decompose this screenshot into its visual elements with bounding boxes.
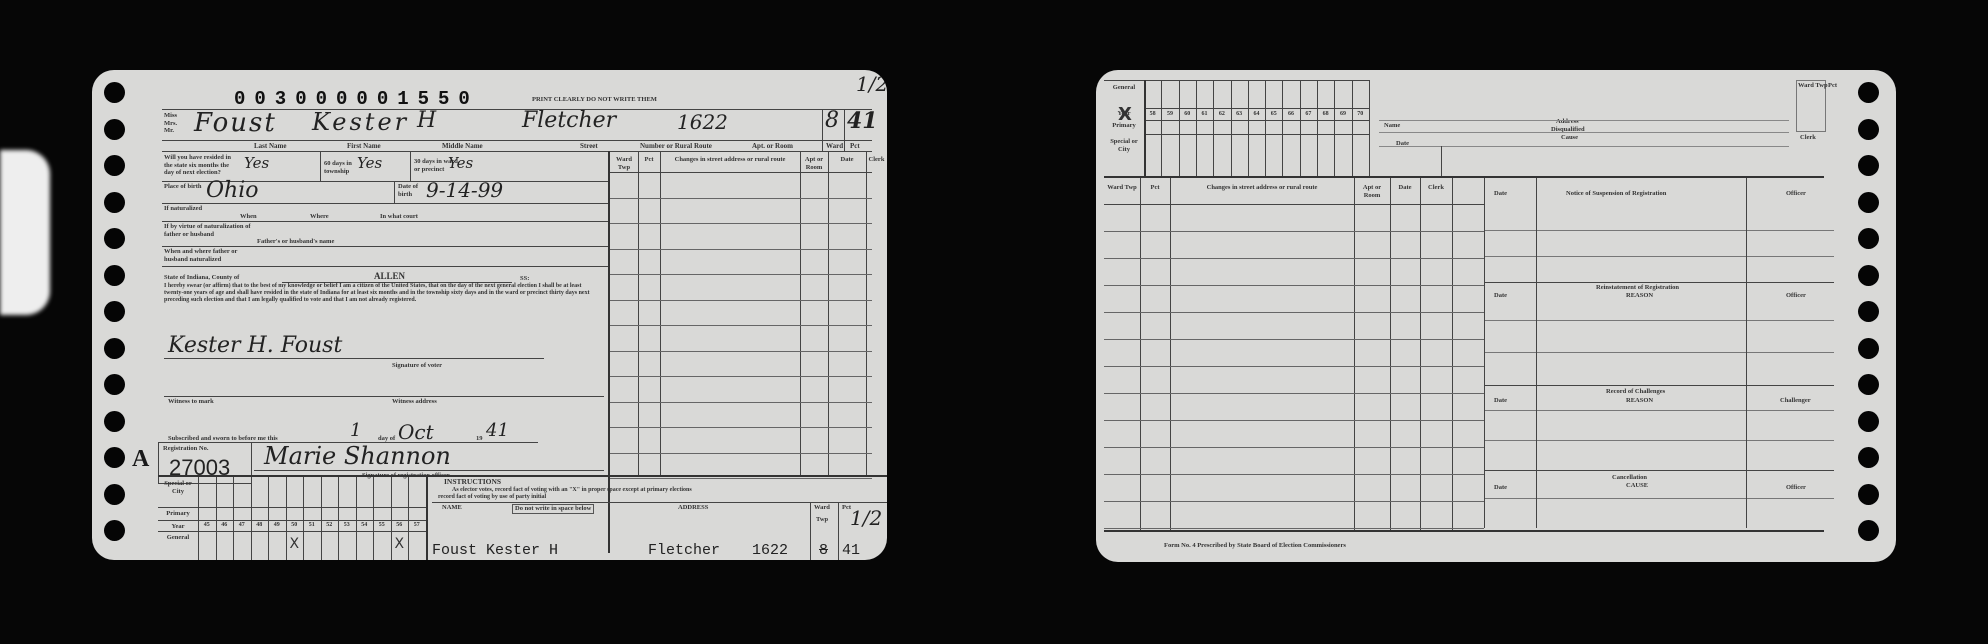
grid-column-line — [338, 477, 339, 560]
year-cell: 67 — [1300, 111, 1317, 117]
grid-column-line — [1334, 80, 1335, 176]
punch-hole — [104, 411, 125, 432]
year-cell: 56 — [391, 522, 409, 528]
punch-hole — [104, 520, 125, 541]
back-cause-label: Cause — [1561, 134, 1578, 142]
year-cell: 52 — [321, 522, 339, 528]
grid-row-label: Primary — [158, 510, 198, 518]
precinct-answer: Yes — [448, 154, 473, 172]
grid-row-label: Special or City — [1104, 138, 1144, 153]
grid-left-line — [1144, 80, 1146, 176]
year-cell: 51 — [303, 522, 321, 528]
grid-column-line — [321, 477, 322, 560]
grid-column-line — [1231, 80, 1232, 176]
table-row-line — [610, 402, 872, 403]
punch-hole — [1858, 447, 1879, 468]
grid-column-line — [1161, 80, 1162, 176]
table-row-line — [610, 223, 872, 224]
punch-hole — [1858, 82, 1879, 103]
punch-hole — [1858, 228, 1879, 249]
typed-ward: 8 — [819, 542, 828, 559]
registration-card-back: GeneralYearPrimarySpecial or City5859606… — [1096, 70, 1896, 562]
table-row-line — [610, 351, 872, 352]
punch-hole — [104, 265, 125, 286]
table-row-line — [1104, 501, 1484, 502]
middle-name: H — [417, 108, 436, 133]
table-row-line — [1104, 231, 1484, 232]
date-of-birth: 9-14-99 — [426, 178, 503, 202]
card-letter: A — [132, 446, 149, 473]
punch-hole — [104, 301, 125, 322]
witness-address-label: Witness address — [392, 398, 437, 406]
table-row-line — [610, 453, 872, 454]
father-name-label: Father's or husband's name — [257, 238, 334, 246]
grid-column-line — [373, 477, 374, 560]
ward-label: Ward — [826, 142, 843, 150]
grid-end-line — [1369, 80, 1370, 176]
back-clerk-label: Clerk — [1800, 134, 1816, 142]
punch-hole — [104, 228, 125, 249]
year-cell: 54 — [356, 522, 374, 528]
grid-row-label: Year — [158, 523, 198, 531]
table-row-line — [1104, 258, 1484, 259]
street-number: 1622 — [677, 110, 728, 134]
year-cell: 60 — [1179, 111, 1196, 117]
year-cell: 55 — [373, 522, 391, 528]
year-cell: 53 — [338, 522, 356, 528]
challenger-label: Challenger — [1780, 397, 1811, 405]
year-cell: 69 — [1334, 111, 1351, 117]
grid-column-line — [1352, 80, 1353, 176]
cancellation-officer-label: Officer — [1786, 484, 1806, 492]
state-residency-question: Will you have resided in the state six m… — [164, 154, 239, 177]
grid-column-line — [251, 477, 252, 560]
place-of-birth-label: Place of birth — [164, 183, 204, 191]
year-cell: 66 — [1282, 111, 1299, 117]
footer-twp-label: Twp — [816, 516, 828, 524]
reinstatement-date-label: Date — [1494, 292, 1507, 300]
naturalized-label: If naturalized — [164, 205, 212, 213]
year-cell: 49 — [268, 522, 286, 528]
grid-column-line — [1196, 80, 1197, 176]
grid-end-line — [426, 477, 428, 560]
instructions-title: INSTRUCTIONS — [444, 478, 501, 486]
first-name-label: First Name — [347, 142, 381, 150]
year-cell: 62 — [1213, 111, 1230, 117]
grid-top-line — [158, 475, 887, 477]
year-cell: 70 — [1352, 111, 1369, 117]
punch-hole — [104, 484, 125, 505]
column-header: Date — [1390, 184, 1420, 192]
table-row-line — [610, 376, 872, 377]
back-pct-label: Pct — [1828, 82, 1837, 90]
column-header: Pct — [1140, 184, 1170, 192]
column-header: Changes in street address or rural route — [1170, 184, 1354, 192]
township-answer: Yes — [357, 154, 382, 172]
punch-hole — [104, 155, 125, 176]
vote-mark-x: X — [395, 536, 405, 552]
ward-number: 8 — [825, 108, 839, 133]
table-row-line — [1104, 474, 1484, 475]
pct-label: Pct — [850, 142, 860, 150]
year-cell: 47 — [233, 522, 251, 528]
year-cell: 59 — [1161, 111, 1178, 117]
grid-column-line — [233, 477, 234, 560]
punch-hole — [1858, 374, 1879, 395]
footer-address-label: ADDRESS — [678, 504, 708, 512]
table-row-line — [610, 198, 872, 199]
grid-column-line — [1282, 80, 1283, 176]
column-header: Clerk — [1420, 184, 1452, 192]
registration-number: 27003 — [169, 455, 230, 481]
officer-signature: Marie Shannon — [264, 442, 451, 470]
where-label: Where — [310, 213, 329, 221]
card-tab-edge — [0, 150, 50, 315]
form-footer: Form No. 4 Prescribed by State Board of … — [1164, 542, 1346, 550]
first-name: Kester — [312, 108, 409, 136]
punch-hole — [104, 338, 125, 359]
header-divider — [1104, 204, 1484, 205]
pct-number: 41 — [847, 108, 878, 134]
voter-signature-label: Signature of voter — [392, 362, 442, 370]
grid-column-line — [1213, 80, 1214, 176]
punch-hole — [104, 447, 125, 468]
when-label: When — [240, 213, 257, 221]
column-header: Apt or Room — [800, 156, 828, 171]
grid-column-line — [303, 477, 304, 560]
year-cell: 45 — [198, 522, 216, 528]
year-mark-x: X — [1118, 104, 1132, 125]
year-cell: 65 — [1265, 111, 1282, 117]
typed-street: Fletcher — [648, 542, 720, 559]
column-header: Apt or Room — [1354, 184, 1390, 199]
grid-column-line — [1300, 80, 1301, 176]
sworn-year: 41 — [486, 420, 509, 441]
table-row-line — [1104, 528, 1484, 529]
grid-column-line — [356, 477, 357, 560]
instructions-text-2: record fact of voting by use of party in… — [438, 494, 546, 502]
table-row-line — [1104, 285, 1484, 286]
state-residency-answer: Yes — [244, 154, 269, 172]
street-name: Fletcher — [522, 108, 616, 133]
voter-signature: Kester H. Foust — [168, 333, 342, 358]
column-header: Date — [828, 156, 866, 164]
punch-hole — [1858, 484, 1879, 505]
column-header: Ward Twp — [1104, 184, 1140, 192]
grid-row-label: General — [158, 534, 198, 542]
year-cell: 50 — [286, 522, 304, 528]
punch-hole — [1858, 301, 1879, 322]
table-row-line — [1104, 420, 1484, 421]
grid-column-line — [1265, 80, 1266, 176]
footer-pct-note: 1/2 — [850, 506, 882, 530]
typed-name: Foust Kester H — [432, 542, 558, 559]
table-row-line — [1104, 312, 1484, 313]
footer-no-write: Do not write in space below — [512, 504, 594, 514]
place-of-birth: Ohio — [206, 178, 259, 203]
punch-hole — [1858, 192, 1879, 213]
table-row-line — [610, 478, 872, 479]
registration-card-front: 003000001550 PRINT CLEARLY DO NOT WRITE … — [92, 70, 887, 560]
punch-hole — [104, 374, 125, 395]
punch-hole — [1858, 338, 1879, 359]
reinstatement-officer-label: Officer — [1786, 292, 1806, 300]
punch-hole — [104, 119, 125, 140]
grid-column-line — [408, 477, 409, 560]
table-row-line — [1104, 393, 1484, 394]
header-divider — [610, 172, 872, 173]
punch-hole — [1858, 265, 1879, 286]
challenges-date-label: Date — [1494, 397, 1507, 405]
oath-text: I hereby swear (or affirm) that to the b… — [164, 283, 602, 304]
county-name: ALLEN — [374, 272, 405, 280]
suspension-date-label: Date — [1494, 190, 1507, 198]
cancellation-date-label: Date — [1494, 484, 1507, 492]
last-name: Foust — [194, 108, 277, 138]
grid-column-line — [268, 477, 269, 560]
last-name-label: Last Name — [254, 142, 286, 150]
street-label: Street — [580, 142, 598, 150]
back-name-label: Name — [1384, 122, 1400, 130]
year-cell: 48 — [251, 522, 269, 528]
sworn-day: 1 — [350, 420, 361, 441]
cancellation-title: Cancellation — [1612, 474, 1647, 482]
punch-hole — [104, 192, 125, 213]
header-notice: PRINT CLEARLY DO NOT WRITE THEM — [532, 96, 657, 104]
date-of-birth-label: Date of birth — [398, 183, 426, 198]
by-virtue-label: If by virtue of naturalization of father… — [164, 223, 254, 238]
year-cell: 57 — [408, 522, 426, 528]
column-header: Clerk — [866, 156, 887, 164]
back-ward-label: Ward Twp — [1798, 82, 1828, 90]
footer-ward-label: Ward — [814, 504, 830, 512]
table-row-line — [610, 274, 872, 275]
title-prefixes: MissMrs.Mr. — [164, 112, 177, 135]
apt-label: Apt. or Room — [752, 142, 793, 150]
year-cell: 58 — [1144, 111, 1161, 117]
registration-number-box: Registration No. 27003 — [158, 442, 252, 484]
grid-column-line — [286, 477, 287, 560]
cancellation-cause-label: CAUSE — [1626, 482, 1648, 490]
year-cell: 46 — [216, 522, 234, 528]
punch-hole — [1858, 155, 1879, 176]
number-label: Number or Rural Route — [640, 142, 712, 150]
typed-pct: 41 — [842, 542, 860, 559]
punch-hole — [104, 82, 125, 103]
punch-hole — [1858, 411, 1879, 432]
court-label: In what court — [380, 213, 418, 221]
punch-hole — [1858, 119, 1879, 140]
typed-number: 1622 — [752, 542, 788, 559]
witness-label: Witness to mark — [168, 398, 214, 406]
table-row-line — [1104, 447, 1484, 448]
year-cell: 64 — [1248, 111, 1265, 117]
grid-column-line — [198, 477, 199, 560]
table-row-line — [610, 325, 872, 326]
suspension-title: Notice of Suspension of Registration — [1566, 190, 1666, 198]
challenges-title: Record of Challenges — [1606, 388, 1665, 396]
year-cell: 61 — [1196, 111, 1213, 117]
column-header: Changes in street address or rural route — [660, 156, 800, 164]
grid-row-label: Special or City — [158, 480, 198, 495]
table-row-line — [1104, 366, 1484, 367]
ss-label: SS: — [520, 275, 529, 283]
serial-number: 003000001550 — [234, 88, 479, 110]
punch-hole — [1858, 520, 1879, 541]
table-row-line — [1104, 339, 1484, 340]
when-where-label: When and where father or husband natural… — [164, 248, 254, 263]
table-row-line — [610, 249, 872, 250]
vote-mark-x: X — [290, 536, 300, 552]
column-header: Ward Twp — [610, 156, 638, 171]
corner-note: 1/2 — [856, 72, 887, 96]
grid-row-label: General — [1104, 84, 1144, 92]
year-cell: 63 — [1231, 111, 1248, 117]
grid-column-line — [1248, 80, 1249, 176]
table-row-line — [610, 427, 872, 428]
challenges-reason-label: REASON — [1626, 397, 1653, 405]
grid-column-line — [216, 477, 217, 560]
middle-name-label: Middle Name — [442, 142, 483, 150]
oath-state-county: State of Indiana, County of — [164, 274, 239, 282]
registration-label: Registration No. — [163, 445, 209, 453]
sworn-month: Oct — [398, 420, 434, 444]
grid-column-line — [391, 477, 392, 560]
table-row-line — [610, 300, 872, 301]
footer-name-label: NAME — [442, 504, 462, 512]
year-cell: 68 — [1317, 111, 1334, 117]
suspension-officer-label: Officer — [1786, 190, 1806, 198]
reinstatement-title: Reinstatement of Registration — [1596, 284, 1679, 292]
column-header: Pct — [638, 156, 660, 164]
grid-column-line — [1179, 80, 1180, 176]
grid-column-line — [1317, 80, 1318, 176]
reinstatement-reason-label: REASON — [1626, 292, 1653, 300]
